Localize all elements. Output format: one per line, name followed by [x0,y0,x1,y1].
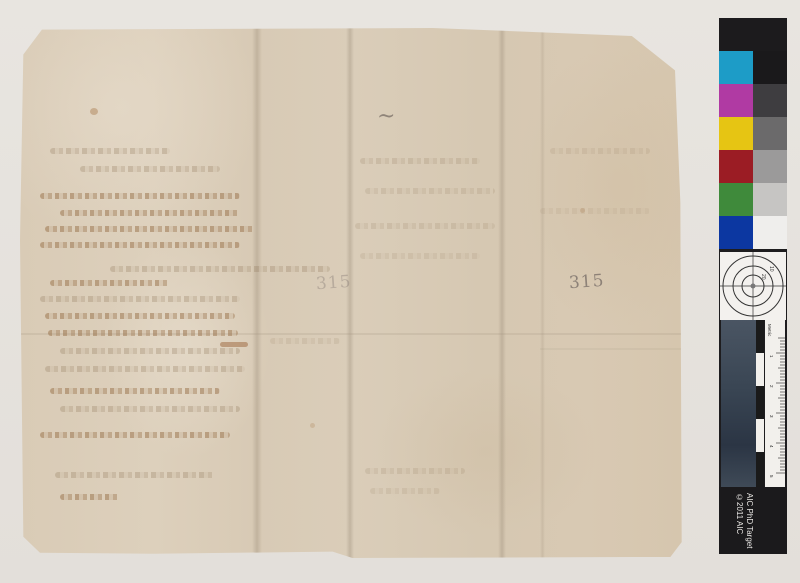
focus-target-rings: 10 20 [720,252,786,320]
handwriting-line [55,472,215,478]
scale-ruler-section: Metric 1 2 3 4 5 [719,320,787,487]
target-copyright: ©2011 AIC [735,493,744,534]
crease [540,348,685,350]
checker-block [756,386,764,419]
handwriting-line [60,406,240,412]
handwriting-line [365,188,495,194]
pencil-folio-number-faint: 315 [315,272,352,294]
svg-text:Metric: Metric [767,324,772,337]
neutral-gray-strip [721,320,756,487]
target-label: AIC PhD Target ©2011 AIC [719,487,787,554]
swatch-red [719,150,753,183]
swatch-yellow [719,117,753,150]
handwriting-line [50,388,220,394]
swatch-green [719,183,753,216]
metric-ruler: Metric 1 2 3 4 5 [765,320,785,487]
handwriting-line [60,494,120,500]
handwriting-line [550,148,650,154]
handwriting-line [60,348,240,354]
ink-stain [310,423,315,428]
handwriting-line [270,338,340,344]
swatch-lighter-gray [753,183,787,216]
handwriting-line [355,223,495,229]
svg-text:1: 1 [769,355,774,358]
handwriting-line [40,193,240,199]
concentric-rings-icon: 10 20 [720,252,786,320]
svg-text:4: 4 [769,445,774,448]
swatch-blue [719,216,753,249]
fold-line [346,28,354,558]
swatch-black [753,51,787,84]
ink-stain [580,208,585,213]
handwriting-line [370,488,440,494]
handwriting-line [50,148,170,154]
handwriting-line [40,242,240,248]
handwriting-line [360,158,480,164]
handwriting-line [80,166,220,172]
swatch-cyan [719,51,753,84]
handwriting-line [360,253,480,259]
handwriting-line [365,468,465,474]
handwriting-line [45,366,245,372]
target-header [719,18,787,51]
svg-text:5: 5 [769,475,774,478]
color-calibration-target: 10 20 [719,18,787,554]
swatch-white [753,216,787,249]
svg-text:10: 10 [768,266,774,272]
manuscript-leaf: ~ 315 315 [20,28,685,558]
target-title: AIC PhD Target [745,493,754,548]
svg-text:3: 3 [769,415,774,418]
checker-block [756,419,764,452]
ink-stain [220,342,248,347]
handwriting-line [50,280,170,286]
target-label-text: AIC PhD Target ©2011 AIC [734,493,754,548]
handwriting-line [45,226,255,232]
handwriting-line [40,432,230,438]
checker-block [756,452,764,487]
svg-text:2: 2 [769,385,774,388]
fold-line [498,28,506,558]
handwriting-line [40,296,240,302]
checker-block [756,353,764,386]
handwriting-line [45,313,235,319]
handwriting-line [110,266,330,272]
svg-text:20: 20 [760,274,766,280]
swatch-magenta [719,84,753,117]
ink-mark: ~ [377,104,395,129]
swatch-mid-gray [753,117,787,150]
fold-line [540,28,545,558]
handwriting-line [48,330,238,336]
ink-stain [90,108,98,115]
handwriting-line [60,210,240,216]
fold-line [252,28,262,558]
swatch-light-gray [753,150,787,183]
swatch-dark-gray [753,84,787,117]
pencil-folio-number: 315 [568,271,605,293]
checker-block [756,320,764,353]
handwriting-line [540,208,650,214]
